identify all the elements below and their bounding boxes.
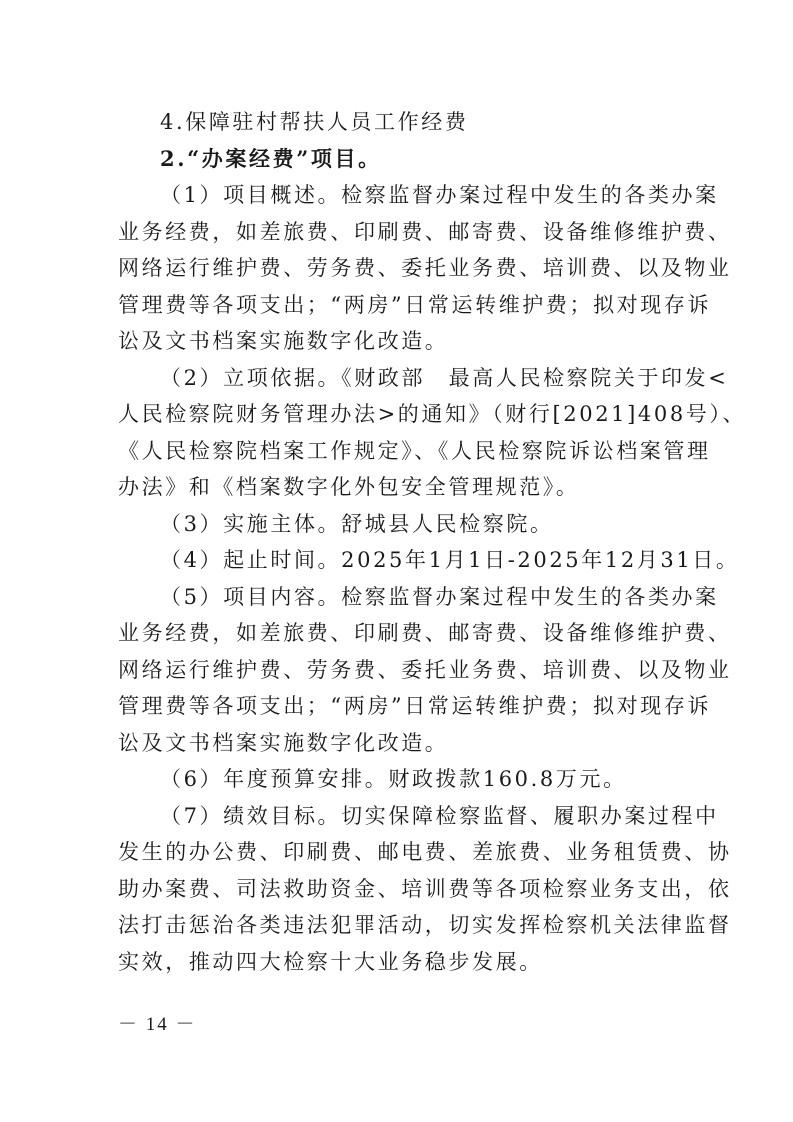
text-line-15: 网络运行维护费、劳务费、委托业务费、培训费、以及物业 xyxy=(118,652,674,688)
text-line-21: 助办案费、司法救助资金、培训费等各项检察业务支出，依 xyxy=(118,871,674,907)
section-heading: 2.“办案经费”项目。 xyxy=(160,141,674,177)
text-line-19: （7）绩效目标。切实保障检察监督、履职办案过程中 xyxy=(160,798,674,834)
text-line-7: （2）立项依据。《财政部 最高人民检察院关于印发< xyxy=(160,360,674,396)
text-line-22: 法打击惩治各类违法犯罪活动，切实发挥检察机关法律监督 xyxy=(118,907,674,943)
text-line-10: 办法》和《档案数字化外包安全管理规范》。 xyxy=(118,469,674,505)
text-line-12: （4）起止时间。2025年1月1日-2025年12月31日。 xyxy=(160,542,674,578)
text-line-16: 管理费等各项支出；“两房”日常运转维护费；拟对现存诉 xyxy=(118,688,674,724)
text-line-4: 网络运行维护费、劳务费、委托业务费、培训费、以及物业 xyxy=(118,250,674,286)
text-line-18: （6）年度预算安排。财政拨款160.8万元。 xyxy=(160,761,674,797)
text-line-6: 讼及文书档案实施数字化改造。 xyxy=(118,323,674,359)
text-line-13: （5）项目内容。检察监督办案过程中发生的各类办案 xyxy=(160,579,674,615)
text-line-0: 4.保障驻村帮扶人员工作经费 xyxy=(160,104,674,140)
text-line-9: 《人民检察院档案工作规定》、《人民检察院诉讼档案管理 xyxy=(118,433,674,469)
text-line-5: 管理费等各项支出；“两房”日常运转维护费；拟对现存诉 xyxy=(118,287,674,323)
text-line-14: 业务经费，如差旅费、印刷费、邮寄费、设备维修维护费、 xyxy=(118,615,674,651)
text-line-8: 人民检察院财务管理办法>的通知》（财行[2021]408号）、 xyxy=(118,396,674,432)
text-line-2: （1）项目概述。检察监督办案过程中发生的各类办案 xyxy=(160,177,674,213)
text-line-23: 实效，推动四大检察十大业务稳步发展。 xyxy=(118,944,674,980)
text-line-11: （3）实施主体。舒城县人民检察院。 xyxy=(160,506,674,542)
page-number: － 14 － xyxy=(118,1010,197,1040)
text-line-17: 讼及文书档案实施数字化改造。 xyxy=(118,725,674,761)
text-line-3: 业务经费，如差旅费、印刷费、邮寄费、设备维修维护费、 xyxy=(118,214,674,250)
text-line-20: 发生的办公费、印刷费、邮电费、差旅费、业务租赁费、协 xyxy=(118,834,674,870)
document-page: 4.保障驻村帮扶人员工作经费 2.“办案经费”项目。 （1）项目概述。检察监督办… xyxy=(0,0,793,1122)
